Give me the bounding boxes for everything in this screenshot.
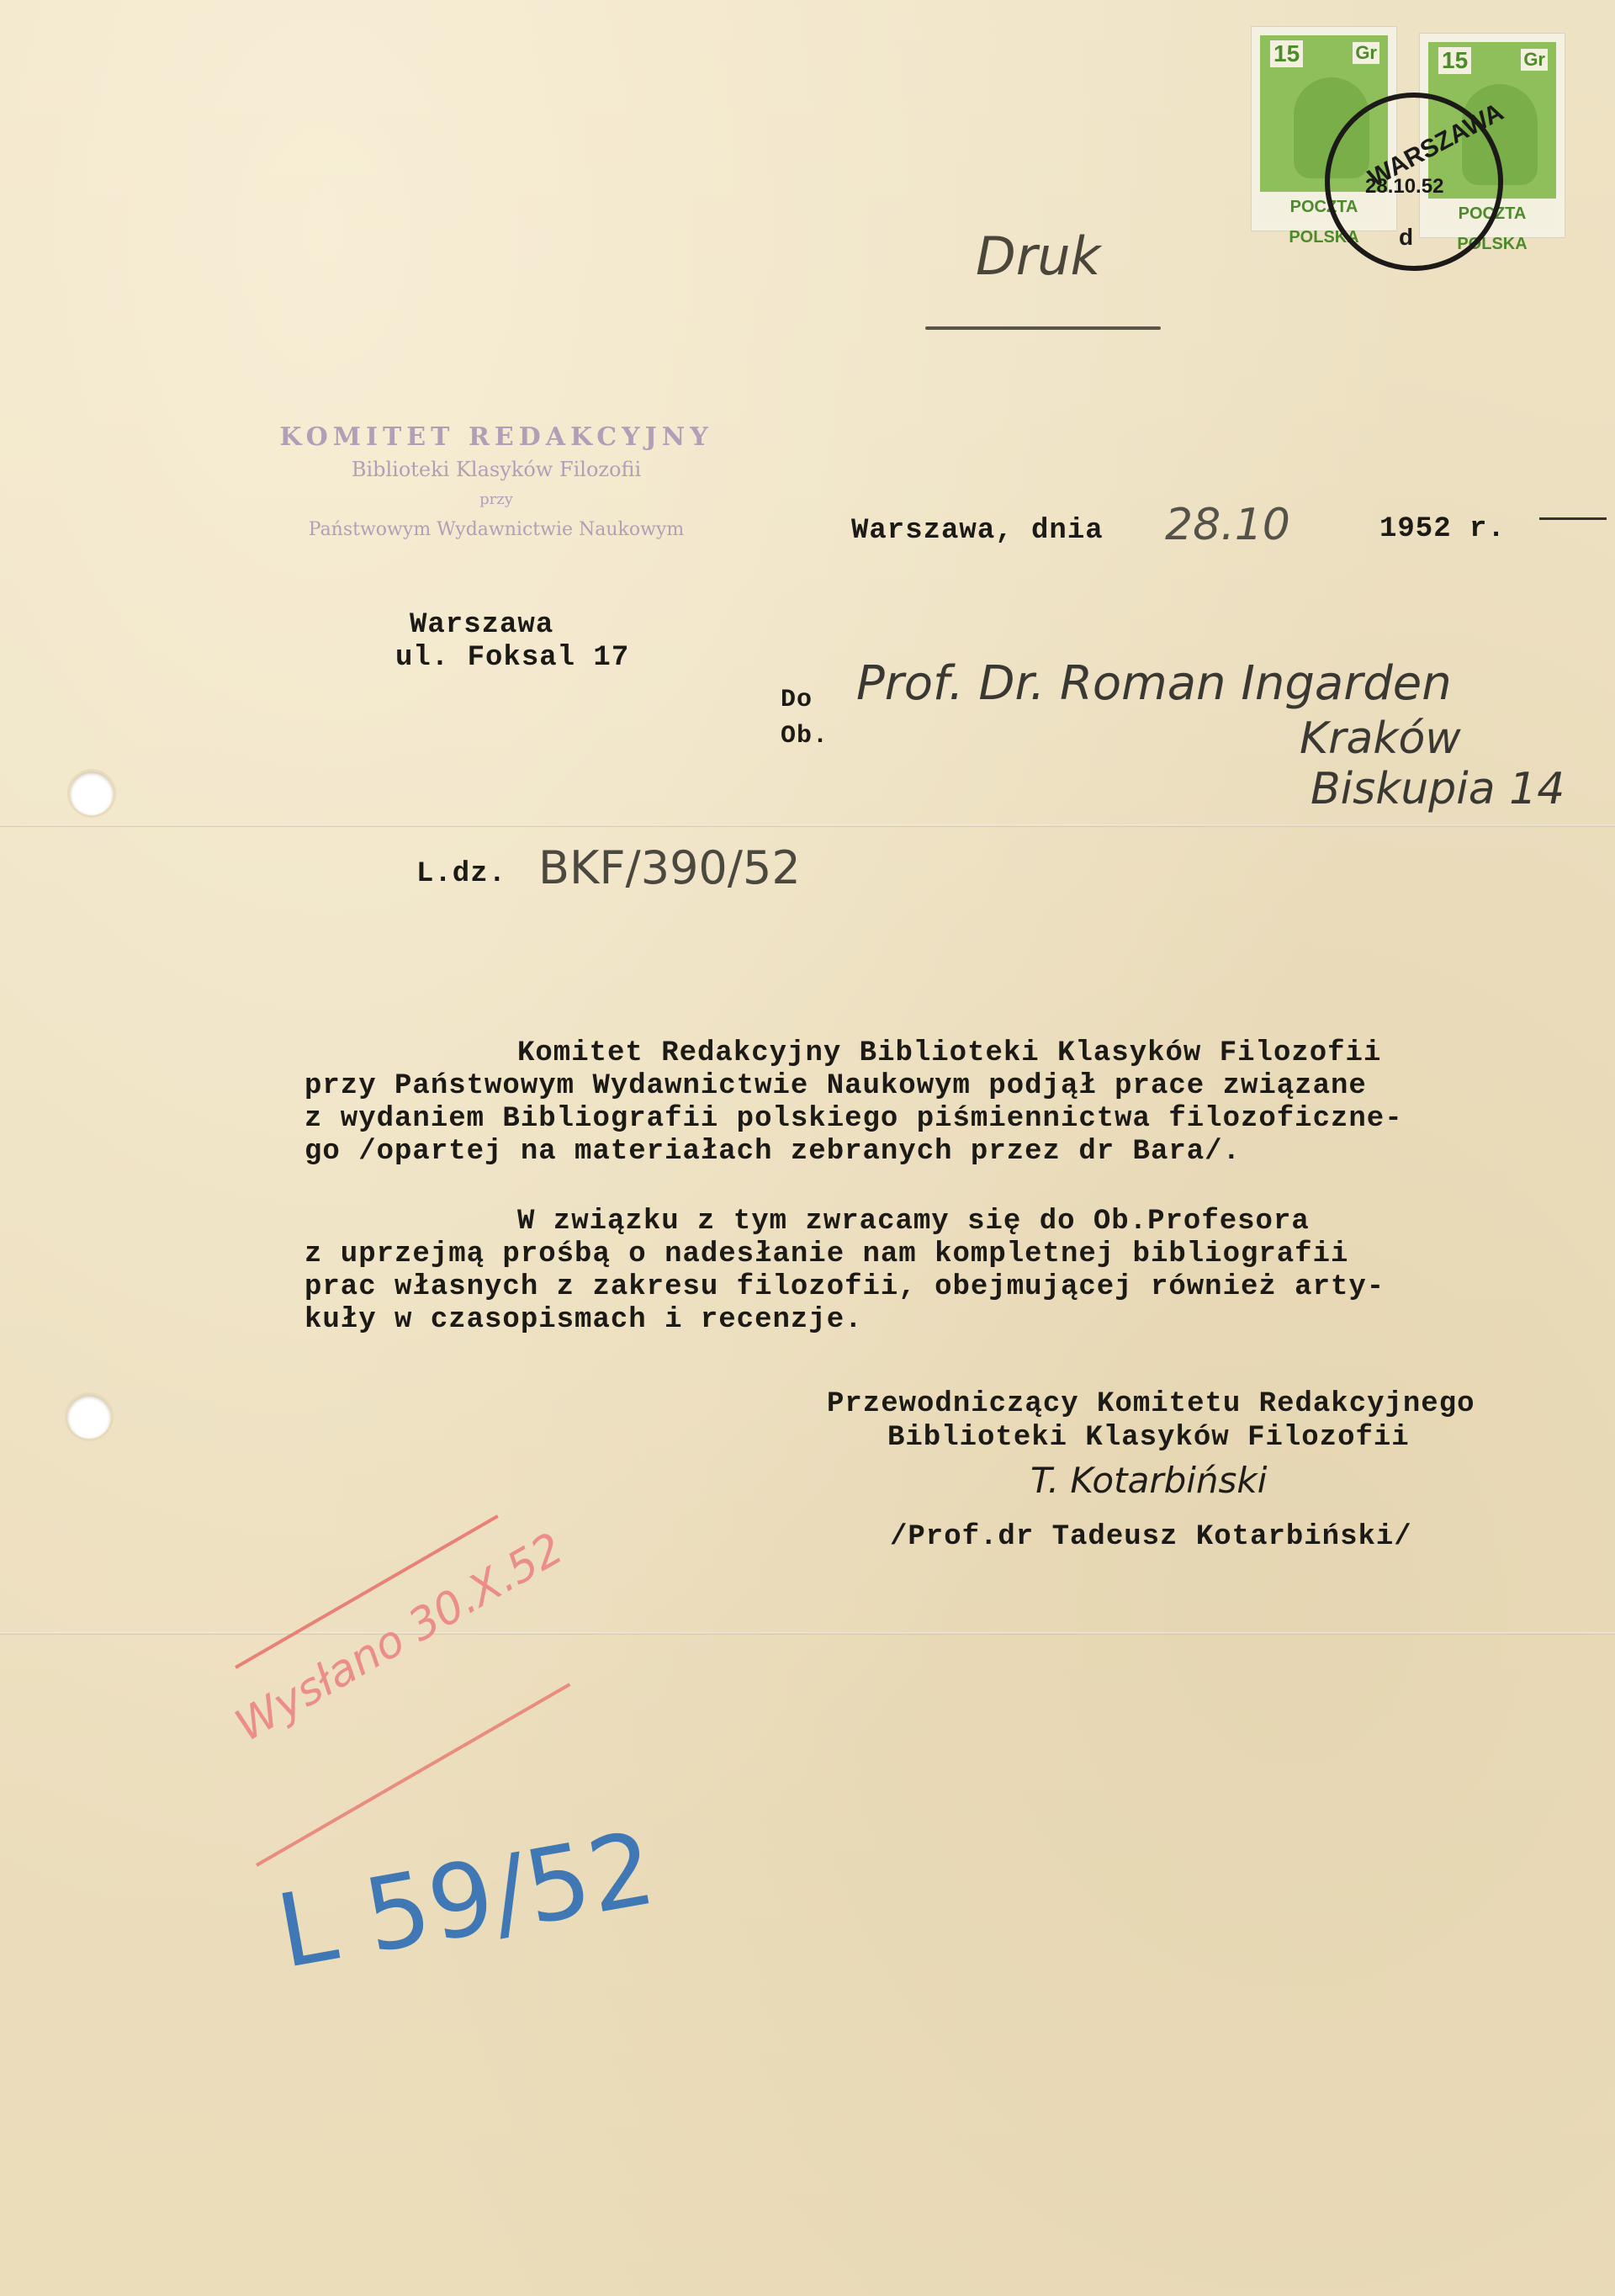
dateline-year: 1952 r. (1379, 513, 1506, 545)
punch-hole (67, 1395, 111, 1439)
stamp-value: 15 (1270, 40, 1303, 67)
handwritten-signature: T. Kotarbiński (1030, 1460, 1267, 1501)
body-line: kuły w czasopismach i recenzje. (304, 1304, 863, 1336)
letterhead-title: KOMITET REDAKCYJNY (269, 422, 723, 452)
body-line: z uprzejmą prośbą o nadesłanie nam kompl… (304, 1238, 1348, 1270)
rule (1539, 517, 1607, 520)
punch-hole (70, 772, 114, 815)
signature-title: Biblioteki Klasyków Filozofii (887, 1422, 1410, 1454)
fold-line (0, 1632, 1615, 1635)
reference-value: BKF/390/52 (538, 841, 801, 894)
fold-line (0, 825, 1615, 827)
postmark-date: 28.10.52 (1365, 175, 1443, 199)
postmark: WARSZAWA 28.10.52 d (1325, 93, 1503, 271)
postmark-letter: d (1399, 224, 1413, 251)
body-line: go /opartej na materiałach zebranych prz… (304, 1136, 1241, 1168)
body-line: z wydaniem Bibliografii polskiego piśmie… (304, 1103, 1403, 1135)
sender-city: Warszawa (410, 609, 553, 641)
body-line: Komitet Redakcyjny Biblioteki Klasyków F… (517, 1037, 1381, 1069)
letterhead-line: Biblioteki Klasyków Filozofii (269, 458, 723, 481)
stamp-value: 15 (1438, 47, 1471, 74)
dateline-city: Warszawa, dnia (851, 515, 1104, 547)
signature-title: Przewodniczący Komitetu Redakcyjnego (827, 1388, 1475, 1420)
letterhead-line: Państwowym Wydawnictwie Naukowym (269, 519, 723, 540)
recipient-prefix-ob: Ob. (781, 722, 829, 750)
signatory-name: /Prof.dr Tadeusz Kotarbiński/ (890, 1521, 1412, 1553)
reference-label: L.dz. (416, 858, 506, 890)
letterhead-line: przy (269, 490, 723, 508)
body-line: prac własnych z zakresu filozofii, obejm… (304, 1271, 1385, 1303)
recipient-name: Prof. Dr. Roman Ingarden (856, 656, 1452, 711)
stamp-currency: Gr (1521, 49, 1548, 71)
sender-street: ul. Foksal 17 (395, 642, 629, 674)
stamp-currency: Gr (1353, 42, 1379, 64)
druk-annotation: Druk (976, 225, 1100, 287)
body-line: przy Państwowym Wydawnictwie Naukowym po… (304, 1070, 1367, 1102)
underline (925, 326, 1161, 330)
recipient-street: Biskupia 14 (1311, 764, 1565, 814)
dateline-day-month: 28.10 (1165, 500, 1290, 550)
recipient-prefix-do: Do (781, 686, 813, 714)
recipient-city: Kraków (1300, 713, 1461, 764)
body-line: W związku z tym zwracamy się do Ob.Profe… (517, 1206, 1310, 1238)
